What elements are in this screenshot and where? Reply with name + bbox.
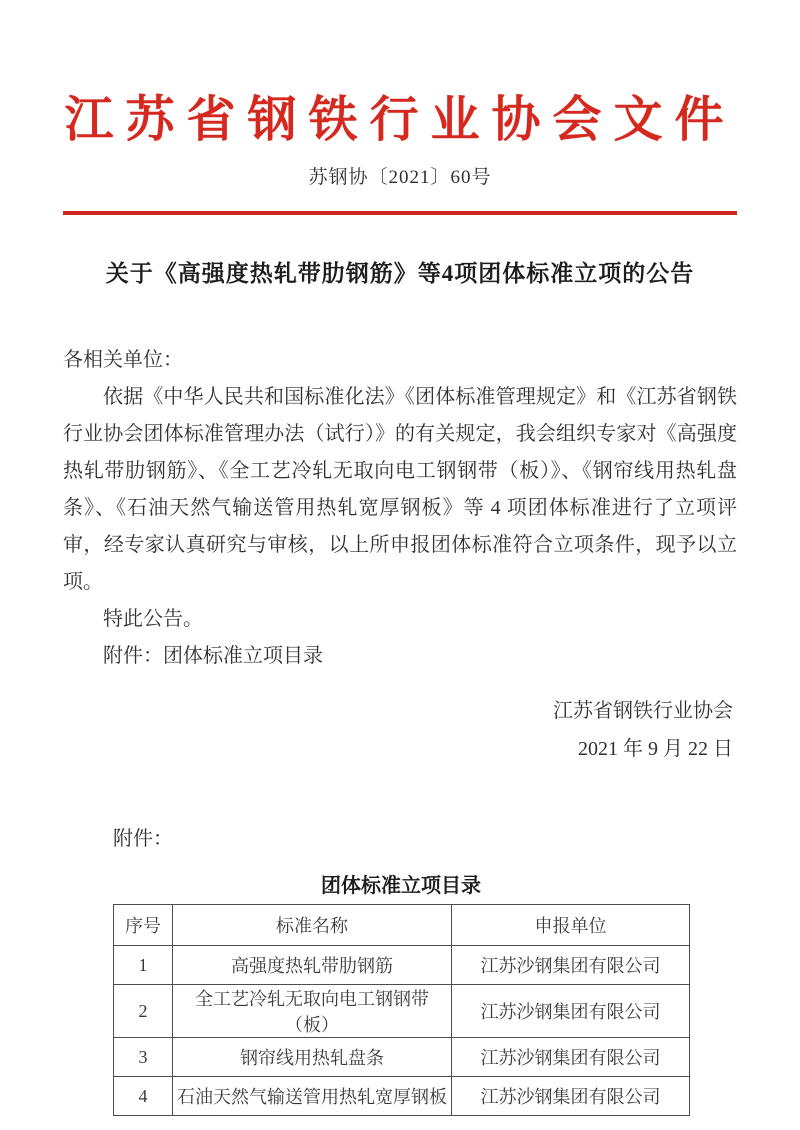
cell-applicant: 江苏沙钢集团有限公司 (452, 946, 690, 985)
cell-standard-name: 钢帘线用热轧盘条 (173, 1038, 452, 1077)
cell-number: 3 (114, 1038, 173, 1077)
cell-number: 2 (114, 985, 173, 1038)
salutation: 各相关单位： (63, 342, 737, 379)
col-header-applicant: 申报单位 (452, 905, 690, 946)
cell-number: 4 (114, 1077, 173, 1116)
attachment-table-section: 团体标准立项目录 序号 标准名称 申报单位 1 高强度热轧带肋钢筋 江苏沙钢集团… (113, 869, 689, 1116)
paragraph-attachment-note: 附件：团体标准立项目录 (63, 638, 737, 675)
table-row: 2 全工艺冷轧无取向电工钢钢带（板） 江苏沙钢集团有限公司 (114, 985, 690, 1038)
table-header-row: 序号 标准名称 申报单位 (114, 905, 690, 946)
attachment-label: 附件： (113, 822, 737, 851)
paragraph-closing: 特此公告。 (63, 601, 737, 638)
table-row: 3 钢帘线用热轧盘条 江苏沙钢集团有限公司 (114, 1038, 690, 1077)
letterhead-org-title: 江苏省钢铁行业协会文件 (63, 90, 737, 150)
cell-number: 1 (114, 946, 173, 985)
standards-table: 序号 标准名称 申报单位 1 高强度热轧带肋钢筋 江苏沙钢集团有限公司 2 全工… (113, 904, 690, 1116)
col-header-standard-name: 标准名称 (173, 905, 452, 946)
cell-standard-name: 全工艺冷轧无取向电工钢钢带（板） (173, 985, 452, 1038)
cell-applicant: 江苏沙钢集团有限公司 (452, 1077, 690, 1116)
signature-org: 江苏省钢铁行业协会 (63, 692, 737, 730)
table-row: 4 石油天然气输送管用热轧宽厚钢板 江苏沙钢集团有限公司 (114, 1077, 690, 1116)
notice-body: 各相关单位： 依据《中华人民共和国标准化法》《团体标准管理规定》和《江苏省钢铁行… (63, 342, 737, 675)
signature-date: 2021 年 9 月 22 日 (63, 730, 737, 768)
notice-title: 关于《高强度热轧带肋钢筋》等4项团体标准立项的公告 (63, 255, 737, 288)
paragraph-main: 依据《中华人民共和国标准化法》《团体标准管理规定》和《江苏省钢铁行业协会团体标准… (63, 379, 737, 601)
cell-applicant: 江苏沙钢集团有限公司 (452, 1038, 690, 1077)
cell-standard-name: 石油天然气输送管用热轧宽厚钢板 (173, 1077, 452, 1116)
cell-applicant: 江苏沙钢集团有限公司 (452, 985, 690, 1038)
letterhead-rule (63, 211, 737, 215)
document-page: 江苏省钢铁行业协会文件 苏钢协〔2021〕60号 关于《高强度热轧带肋钢筋》等4… (0, 0, 800, 1130)
table-title: 团体标准立项目录 (113, 869, 689, 898)
document-number: 苏钢协〔2021〕60号 (63, 162, 737, 189)
signature-block: 江苏省钢铁行业协会 2021 年 9 月 22 日 (63, 692, 737, 768)
cell-standard-name: 高强度热轧带肋钢筋 (173, 946, 452, 985)
col-header-number: 序号 (114, 905, 173, 946)
table-row: 1 高强度热轧带肋钢筋 江苏沙钢集团有限公司 (114, 946, 690, 985)
